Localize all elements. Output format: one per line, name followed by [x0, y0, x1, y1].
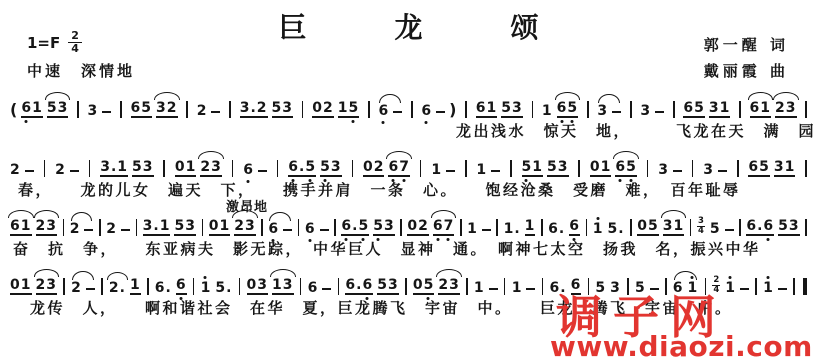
barline: [193, 278, 195, 295]
note-char: 1: [474, 281, 485, 295]
note-group: 23: [775, 101, 797, 118]
note-char: 3: [46, 278, 57, 292]
note-char: 3: [46, 219, 57, 233]
meter-change: 34: [697, 217, 705, 236]
note-char: 3: [597, 104, 608, 118]
note-group: 65: [615, 160, 637, 177]
barline: [44, 160, 46, 177]
note-char: 6: [363, 278, 374, 292]
note-char: 1: [720, 101, 731, 115]
note-group: 23: [36, 219, 58, 236]
note-char: 5: [132, 160, 143, 174]
note-char: 2: [36, 278, 47, 292]
time-signature-denominator: 4: [71, 43, 79, 55]
note-group: 31: [663, 219, 685, 236]
note-group: 67: [433, 219, 455, 236]
dash-note: [393, 111, 402, 113]
dash-note: [258, 170, 267, 172]
barline: [147, 278, 149, 295]
note-char: 6: [421, 104, 432, 118]
note-char: 5: [710, 222, 721, 236]
note-char: 5: [348, 101, 359, 115]
note-group: 6.6: [746, 219, 774, 236]
measure: 6153: [476, 101, 523, 118]
note-group: 2: [106, 222, 117, 236]
note-char: .: [226, 281, 232, 295]
measure: 1: [763, 281, 787, 295]
note-char: 3: [100, 160, 111, 174]
note-char: 1: [525, 219, 536, 233]
note-char: 6: [683, 101, 694, 115]
note-char: 0: [247, 278, 258, 292]
key-signature: 1=F 2 4: [27, 30, 82, 55]
note-group: 3: [658, 163, 669, 177]
note-char: 6: [763, 219, 774, 233]
barline: [89, 160, 91, 177]
measure: 2: [55, 163, 79, 177]
note-char: .: [166, 281, 172, 295]
note-char: 6: [476, 101, 487, 115]
measure: 6: [308, 281, 332, 295]
note-group: 15: [338, 101, 360, 118]
note-char: 3: [512, 101, 523, 115]
barline: [239, 278, 241, 295]
measure: 6.653: [746, 219, 799, 236]
measure: 2: [10, 163, 34, 177]
dash-note: [725, 229, 734, 231]
measure: 1: [467, 222, 491, 236]
note-char: 5: [567, 101, 578, 115]
barline: [739, 219, 741, 236]
measure: 0123: [175, 160, 222, 177]
barline: [405, 278, 407, 295]
barline: [352, 160, 354, 177]
note-group: 65: [683, 101, 705, 118]
note-char: 6: [243, 163, 254, 177]
note-group: 67: [388, 160, 410, 177]
note-group: 6.5: [341, 219, 369, 236]
note-group: 1.: [504, 222, 521, 236]
barline: [793, 278, 795, 295]
key-tonic: 1=F: [27, 34, 60, 52]
dash-note: [320, 229, 329, 231]
note-group: 1: [431, 163, 442, 177]
barline: [136, 219, 138, 236]
note-char: 5: [373, 219, 384, 233]
measure: 6.553: [288, 160, 341, 177]
note-group: 53: [320, 160, 342, 177]
dash-note: [121, 229, 130, 231]
note-group: 61: [21, 101, 43, 118]
measure: 2: [71, 281, 95, 295]
measure: 165: [542, 101, 578, 118]
note-char: 6: [615, 160, 626, 174]
note-char: 3: [257, 278, 268, 292]
note-group: 53: [272, 101, 294, 118]
note-group: 53: [174, 219, 196, 236]
measure: 6: [243, 163, 267, 177]
note-group: 53: [377, 278, 399, 295]
tempo-marking: 中速 深情地: [27, 60, 135, 81]
note-char: 5: [759, 160, 770, 174]
note-char: 0: [407, 219, 418, 233]
note-group: 1: [474, 281, 485, 295]
note-group: 65: [557, 101, 579, 118]
note-char: 3: [388, 278, 399, 292]
note-char: 5: [694, 101, 705, 115]
measure: 6532: [131, 101, 178, 118]
note-char: 6: [288, 160, 299, 174]
barline: [673, 101, 675, 118]
note-group: 31: [774, 160, 796, 177]
note-group: 23: [200, 160, 222, 177]
note-group: 1: [542, 104, 553, 118]
note-char: 6: [10, 219, 21, 233]
measure: 2.1: [109, 278, 141, 295]
note-char: 6: [155, 281, 166, 295]
barline: [298, 219, 300, 236]
note-group: 5.: [607, 222, 624, 236]
note-group: 1: [201, 281, 212, 295]
measure: 3: [597, 104, 621, 118]
composer-credit: 戴丽霞 曲: [704, 58, 789, 84]
system: (61533653223.253021566)61531653365316123…: [8, 88, 809, 142]
note-char: 5: [47, 101, 58, 115]
lyrics-line: 奋 抗 争， 东亚病夫 影无踪， 中华巨人 显神 通。 啊神七太空 扬我 名，振…: [8, 238, 809, 260]
note-group: 31: [709, 101, 731, 118]
note-group: 01: [175, 160, 197, 177]
barline: [261, 219, 263, 236]
note-char: 2: [257, 101, 268, 115]
note-char: 0: [10, 278, 21, 292]
note-char: 5: [522, 160, 533, 174]
measure: 1.1: [504, 219, 536, 236]
barline: [101, 278, 103, 295]
note-group: 61: [10, 219, 32, 236]
note-char: 3: [774, 160, 785, 174]
note-group: 6.6: [345, 278, 373, 295]
system: 6123223.1530123666.553026711.16.615.0531…: [8, 206, 809, 260]
dash-note: [86, 288, 95, 290]
note-group: 23: [234, 219, 256, 236]
note-char: 5: [377, 278, 388, 292]
note-char: 5: [626, 160, 637, 174]
note-group: 1: [763, 281, 774, 295]
note-char: 2: [323, 101, 334, 115]
barline: [630, 101, 632, 118]
note-char: 1: [338, 101, 349, 115]
note-char: 0: [363, 160, 374, 174]
note-char: 1: [476, 163, 487, 177]
barline: [368, 101, 370, 118]
note-char: 1: [760, 101, 771, 115]
note-char: 6: [308, 281, 319, 295]
note-char: 3: [331, 160, 342, 174]
barline: [805, 101, 807, 118]
time-signature: 2 4: [68, 30, 82, 55]
note-char: 1: [117, 160, 128, 174]
note-char: 1: [542, 104, 553, 118]
note-char: 3: [558, 160, 569, 174]
lyrics-line: 春， 龙的儿女 遍天 下， 携手并肩 一条 心。 饱经沧桑 受磨 难， 百年耻辱: [8, 179, 809, 201]
note-char: 0: [175, 160, 186, 174]
note-group: 1: [130, 278, 141, 295]
note-char: 2: [418, 219, 429, 233]
note-char: 1: [186, 160, 197, 174]
note-char: 2: [36, 219, 47, 233]
dash-note: [491, 170, 500, 172]
barline: [755, 278, 757, 295]
note-char: 2: [374, 160, 385, 174]
final-barline: [803, 278, 807, 295]
measure: 0313: [247, 278, 294, 295]
note-char: 3: [384, 219, 395, 233]
note-char: 3: [245, 219, 256, 233]
barline: [542, 278, 544, 295]
notation-line: 6123223.1530123666.553026711.16.615.0531…: [8, 206, 809, 238]
note-group: 5.: [215, 281, 232, 295]
note-group: 23: [36, 278, 58, 295]
note-char: 6: [433, 219, 444, 233]
dash-note: [489, 288, 498, 290]
note-group: 6: [305, 222, 316, 236]
barline: [63, 219, 65, 236]
dash-note: [102, 111, 111, 113]
note-char: 2: [10, 163, 21, 177]
measure: 1: [476, 163, 500, 177]
note-char: 5: [305, 160, 316, 174]
note-group: 53: [547, 160, 569, 177]
note-group: 1: [512, 281, 523, 295]
note-char: 6: [569, 219, 580, 233]
note-group: 1: [476, 163, 487, 177]
barline: [465, 101, 467, 118]
note-group: 53: [778, 219, 800, 236]
note-char: 2: [167, 101, 178, 115]
note-char: 5: [648, 219, 659, 233]
note-char: 6: [748, 160, 759, 174]
note-char: 2: [70, 222, 81, 236]
note-char: 2: [55, 163, 66, 177]
system: 223.153012366.55302671151530165336531春， …: [8, 147, 809, 201]
note-char: 3: [709, 101, 720, 115]
barline: [420, 160, 422, 177]
note-group: 03: [247, 278, 269, 295]
barline: [277, 160, 279, 177]
note-char: 5: [607, 222, 618, 236]
note-char: 1: [601, 160, 612, 174]
note-group: 3: [703, 163, 714, 177]
note-group: 6: [569, 219, 580, 236]
barline: [496, 219, 498, 236]
note-group: 1: [593, 222, 604, 236]
note-char: 3: [663, 219, 674, 233]
note-group: 2: [71, 281, 82, 295]
note-group: 5: [710, 222, 721, 236]
note-group: 01: [209, 219, 231, 236]
measure: 1: [512, 281, 536, 295]
note-group: 53: [47, 101, 69, 118]
note-char: .: [559, 222, 565, 236]
note-char: 6: [378, 104, 389, 118]
measure: 1: [431, 163, 455, 177]
barline: [229, 101, 231, 118]
note-char: 5: [174, 219, 185, 233]
note-char: 5: [424, 278, 435, 292]
note-group: 32: [156, 101, 178, 118]
note-char: 5: [215, 281, 226, 295]
barline: [541, 219, 543, 236]
note-group: 6.: [548, 222, 565, 236]
note-group: 05: [637, 219, 659, 236]
barline: [805, 160, 807, 177]
note-group: 3: [88, 104, 99, 118]
note-char: 6: [305, 222, 316, 236]
barline: [300, 278, 302, 295]
note-group: 6: [268, 222, 279, 236]
dash-note: [211, 111, 220, 113]
barline: [411, 101, 413, 118]
note-char: 5: [141, 101, 152, 115]
dash-note: [612, 111, 621, 113]
barline: [630, 219, 632, 236]
note-char: 5: [358, 219, 369, 233]
song-title: 巨 龙 颂: [0, 6, 817, 46]
barline: [232, 160, 234, 177]
barline: [692, 160, 694, 177]
note-group: 2: [10, 163, 21, 177]
note-char: 2: [109, 281, 120, 295]
barline: [77, 101, 79, 118]
barline: [587, 101, 589, 118]
note-group: 3.1: [100, 160, 128, 177]
measure: 6123: [10, 219, 57, 236]
note-char: 1: [593, 222, 604, 236]
note-char: 5: [778, 219, 789, 233]
measure: 6531: [683, 101, 730, 118]
lyricist-credit: 郭一醒 词: [704, 32, 789, 58]
note-char: 1: [763, 281, 774, 295]
measure: 0267: [407, 219, 454, 236]
note-char: 6: [21, 101, 32, 115]
barline: [690, 219, 692, 236]
dash-note: [84, 229, 93, 231]
barline: [578, 160, 580, 177]
measure: 15.: [593, 222, 625, 236]
note-char: 1: [21, 219, 32, 233]
close-paren: ): [449, 102, 456, 118]
note-char: 6: [388, 160, 399, 174]
note-group: 01: [590, 160, 612, 177]
measure: 1: [474, 281, 498, 295]
note-group: 53: [373, 219, 395, 236]
note-group: 2.: [109, 281, 126, 295]
note-group: 3: [640, 104, 651, 118]
open-paren: (: [10, 102, 17, 118]
barline: [302, 101, 304, 118]
measure: 6: [378, 104, 402, 118]
barline: [466, 278, 468, 295]
note-char: 7: [399, 160, 410, 174]
measure: (6153: [10, 101, 68, 118]
dash-note: [526, 288, 535, 290]
note-char: 3: [156, 101, 167, 115]
note-group: 65: [131, 101, 153, 118]
note-char: .: [514, 222, 520, 236]
note-group: 6: [176, 278, 187, 295]
measure: 6.6: [548, 219, 580, 236]
dash-note: [778, 288, 787, 290]
note-group: 6.5: [288, 160, 316, 177]
barline: [120, 101, 122, 118]
measure: 6: [305, 222, 329, 236]
note-char: 3: [143, 160, 154, 174]
measure: 6123: [750, 101, 797, 118]
barline: [400, 219, 402, 236]
note-char: 3: [240, 101, 251, 115]
note-char: 0: [312, 101, 323, 115]
note-char: 1: [21, 278, 32, 292]
note-char: 2: [438, 278, 449, 292]
barline: [586, 219, 588, 236]
note-group: 3: [597, 104, 608, 118]
dash-note: [673, 170, 682, 172]
note-group: 2: [55, 163, 66, 177]
note-char: 6: [746, 219, 757, 233]
note-char: 1: [431, 163, 442, 177]
measure: 3: [703, 163, 727, 177]
measure: 0523: [413, 278, 460, 295]
dash-note: [436, 111, 445, 113]
note-group: 65: [748, 160, 770, 177]
note-group: 2: [197, 104, 208, 118]
note-char: 3: [789, 219, 800, 233]
note-char: 6: [341, 219, 352, 233]
note-char: 1: [160, 219, 171, 233]
note-char: 5: [272, 101, 283, 115]
barline: [63, 278, 65, 295]
note-char: 6: [750, 101, 761, 115]
note-group: 6: [308, 281, 319, 295]
sheet-music-page: 巨 龙 颂 1=F 2 4 中速 深情地 郭一醒 词 戴丽霞 曲 激昂地 (61…: [0, 0, 817, 362]
note-group: 13: [272, 278, 294, 295]
note-char: 7: [444, 219, 455, 233]
note-char: 2: [71, 281, 82, 295]
note-group: 05: [413, 278, 435, 295]
measure: 3.253: [240, 101, 293, 118]
measure: 6531: [748, 160, 795, 177]
dash-note: [25, 170, 34, 172]
measure: 0531: [637, 219, 684, 236]
dash-note: [740, 288, 749, 290]
barline: [805, 219, 807, 236]
note-group: 1: [525, 219, 536, 236]
notation-line: 223.153012366.55302671151530165336531: [8, 147, 809, 179]
note-char: 1: [272, 278, 283, 292]
note-group: 61: [476, 101, 498, 118]
note-char: 6: [131, 101, 142, 115]
barline: [202, 219, 204, 236]
note-group: 6.: [155, 281, 172, 295]
measure: 3: [640, 104, 664, 118]
dash-note: [283, 229, 292, 231]
note-char: 1: [532, 160, 543, 174]
measure: 0215: [312, 101, 359, 118]
note-group: 53: [132, 160, 154, 177]
measure: 2: [197, 104, 221, 118]
note-char: 6: [557, 101, 568, 115]
barline: [510, 160, 512, 177]
